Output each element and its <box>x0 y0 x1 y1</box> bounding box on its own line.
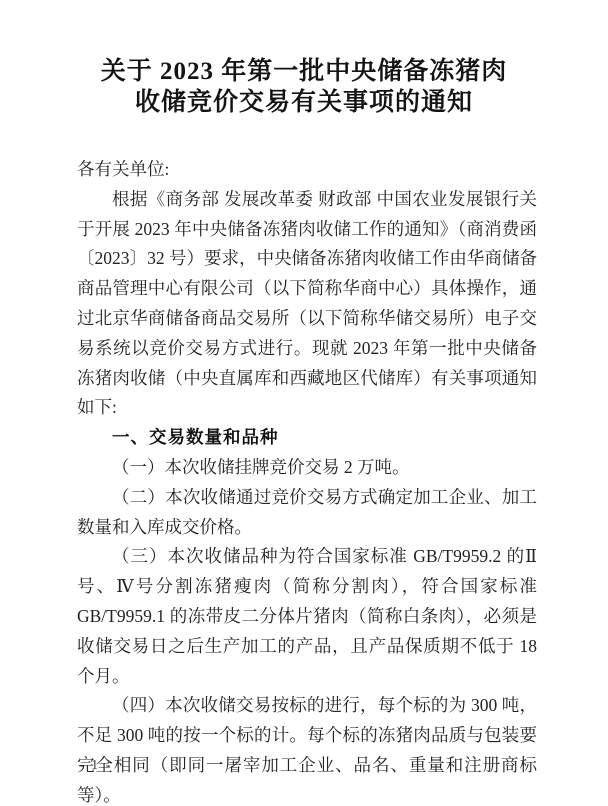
title-line-2: 收储竞价交易有关事项的通知 <box>58 87 550 118</box>
document-title: 关于 2023 年第一批中央储备冻猪肉 收储竞价交易有关事项的通知 <box>58 56 550 118</box>
intro-paragraph: 根据《商务部 发展改革委 财政部 中国农业发展银行关于开展 2023 年中央储备… <box>77 185 537 423</box>
document-page: 关于 2023 年第一批中央储备冻猪肉 收储竞价交易有关事项的通知 各有关单位:… <box>0 0 608 806</box>
list-item-2: （二）本次收储通过竞价交易方式确定加工企业、加工数量和入库成交价格。 <box>77 483 537 543</box>
list-item-4: （四）本次收储交易按标的进行，每个标的为 300 吨，不足 300 吨的按一个标… <box>77 691 537 806</box>
title-line-1: 关于 2023 年第一批中央储备冻猪肉 <box>58 56 550 87</box>
list-item-3: （三）本次收储品种为符合国家标准 GB/T9959.2 的Ⅱ号、Ⅳ号分割冻猪瘦肉… <box>77 542 537 691</box>
section-heading-1: 一、交易数量和品种 <box>77 423 537 453</box>
document-body: 各有关单位: 根据《商务部 发展改革委 财政部 中国农业发展银行关于开展 202… <box>77 155 537 806</box>
page-number: - 1 - <box>79 759 112 773</box>
salutation: 各有关单位: <box>77 155 537 185</box>
list-item-1: （一）本次收储挂牌竞价交易 2 万吨。 <box>77 453 537 483</box>
